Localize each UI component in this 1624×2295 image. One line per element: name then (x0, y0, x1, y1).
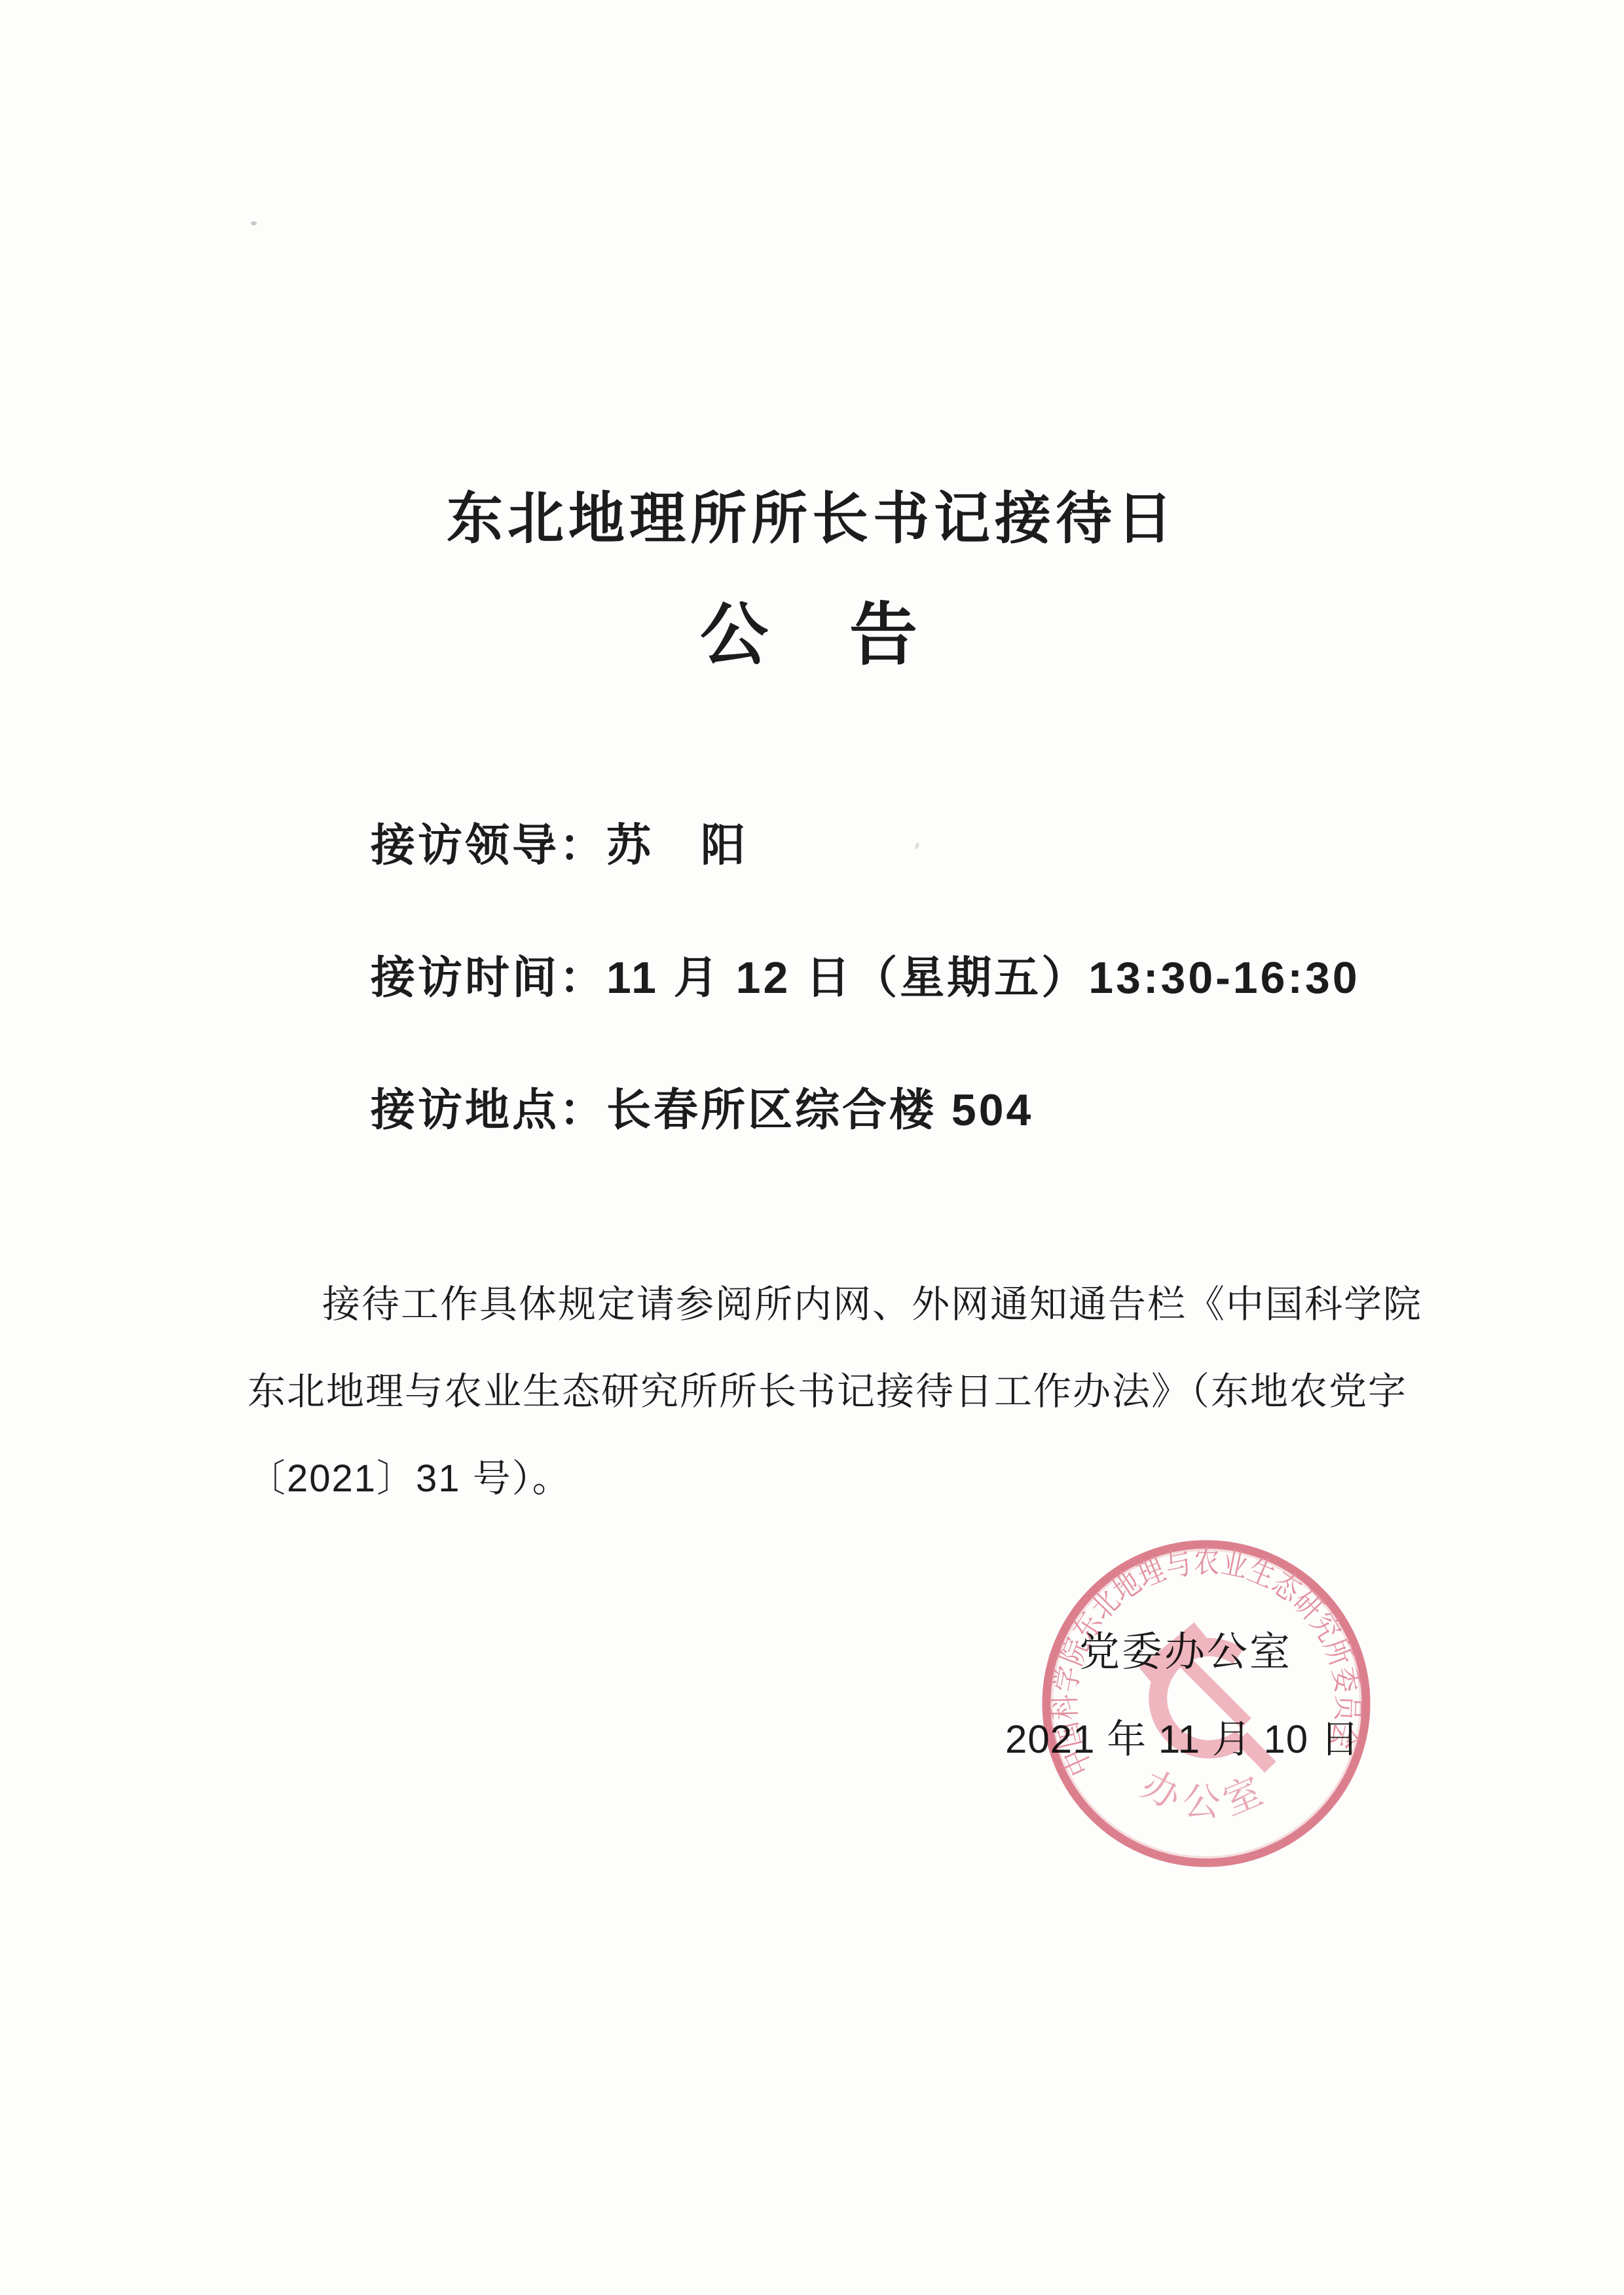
info-label: 接访地点： (371, 1085, 606, 1135)
info-line-leader: 接访领导：苏 阳 (371, 816, 748, 875)
info-value: 苏 阳 (606, 821, 748, 870)
body-paragraph: 接待工作具体规定请参阅所内网、外网通知通告栏《中国科学院 东北地理与农业生态研究… (248, 1261, 1420, 1522)
scan-speck (251, 221, 257, 225)
info-label: 接访领导： (371, 821, 606, 870)
body-line: 东北地理与农业生态研究所所长书记接待日工作办法》（东地农党字 (248, 1348, 1420, 1435)
hammer-sickle-icon (1147, 1632, 1270, 1767)
body-line: 接待工作具体规定请参阅所内网、外网通知通告栏《中国科学院 (248, 1261, 1420, 1348)
announcement-document: 东北地理所所长书记接待日 公 告 接访领导：苏 阳 接访时间：11 月 12 日… (0, 0, 1624, 2295)
seal-bottom-text: 办公室 (1135, 1763, 1277, 1825)
document-title: 东北地理所所长书记接待日 (0, 483, 1624, 554)
official-seal: 中国科学院东北地理与农业生态研究所委员会 办公室 (1040, 1538, 1374, 1869)
body-line: 〔2021〕31 号）。 (248, 1435, 1420, 1522)
scan-speck (914, 842, 919, 849)
info-line-location: 接访地点：长春所区综合楼 504 (371, 1081, 1033, 1140)
announcement-subtitle: 公 告 (0, 597, 1624, 673)
info-value: 11 月 12 日（星期五）13:30-16:30 (606, 953, 1360, 1003)
info-label: 接访时间： (371, 953, 606, 1003)
info-value: 长春所区综合楼 504 (606, 1085, 1033, 1135)
info-line-time: 接访时间：11 月 12 日（星期五）13:30-16:30 (371, 948, 1360, 1007)
